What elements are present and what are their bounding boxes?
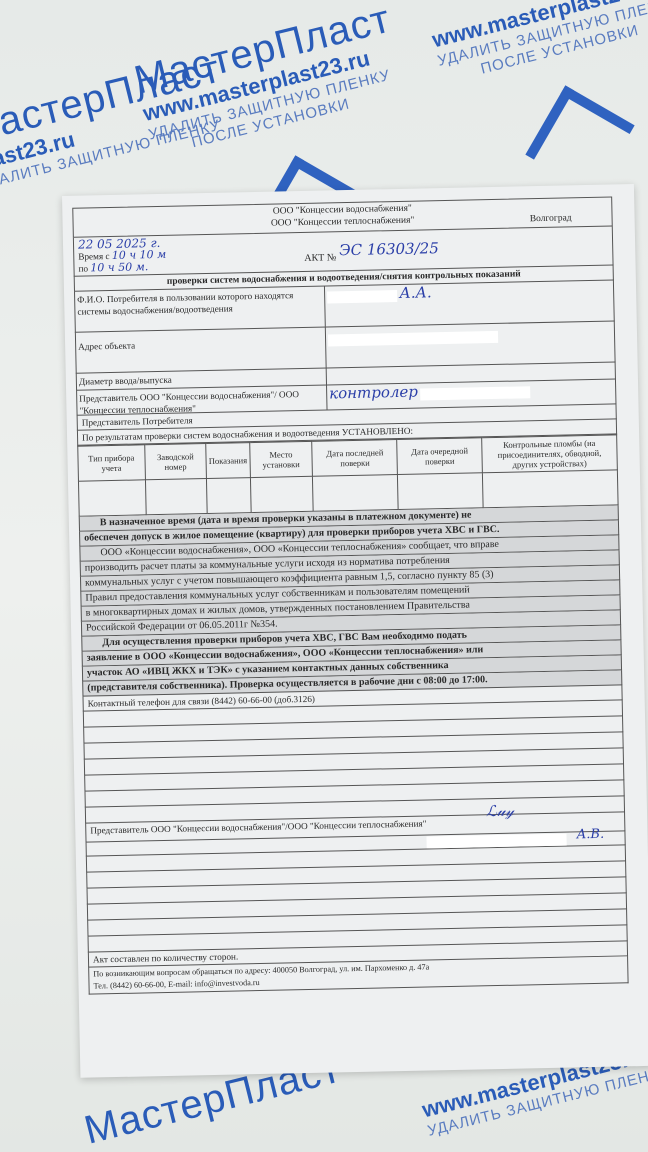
meter-cell [145, 479, 207, 515]
meter-column-header: Показания [206, 443, 250, 479]
meter-table: Тип прибора учетаЗаводской номерПоказани… [77, 434, 618, 516]
meter-column-header: Тип прибора учета [78, 445, 145, 481]
time-to: 10 ч 50 м. [90, 260, 148, 274]
notice-paragraph-1: В назначенное время (дата и время провер… [79, 505, 621, 636]
meter-column-header: Место установки [249, 441, 313, 477]
city: Волгоград [530, 212, 572, 225]
meter-cell [313, 475, 399, 512]
meter-column-header: Заводской номер [144, 444, 206, 480]
meter-column-header: Дата последней поверки [312, 440, 398, 477]
meter-cell [78, 480, 145, 516]
signature: ℒ𝓊𝓎 [486, 805, 514, 818]
meter-cell [482, 470, 618, 508]
act-document: ООО "Концессии водоснабжения" ООО "Конце… [62, 184, 648, 1078]
meter-column-header: Дата очередной поверки [397, 438, 482, 475]
act-number: ЭС 16303/25 [339, 242, 439, 256]
notice-paragraph-2: Для осуществления проверки приборов учет… [81, 625, 622, 696]
meter-column-header: Контрольные пломбы (на присоединителях, … [482, 435, 618, 473]
meter-cell [250, 476, 314, 512]
meter-cell [207, 478, 251, 514]
meter-cell [398, 473, 483, 510]
